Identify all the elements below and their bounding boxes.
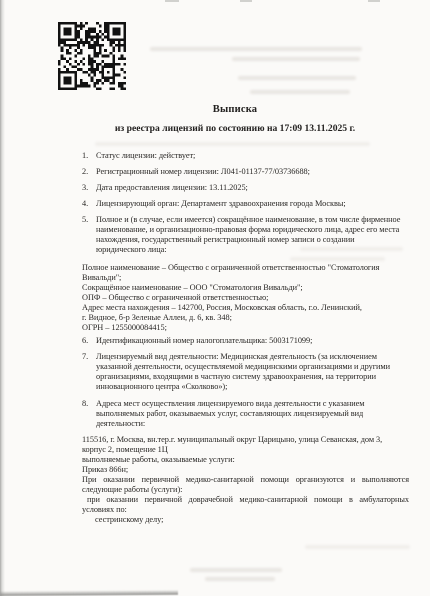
license-status-item: 1. Статус лицензии: действует; [82, 151, 409, 161]
bleedthrough-smudge [232, 57, 360, 61]
license-date-text: Дата предоставления лицензии: 13.11.2025… [96, 183, 409, 193]
org-short-name-line: Сокращённое наименование – ООО "Стоматол… [82, 283, 409, 293]
activity-type-line: инновационного центра «Сколково»); [96, 382, 409, 392]
activity-type-item: 7. Лицензируемый вид деятельности: Медиц… [82, 352, 409, 392]
org-names-heading-line: юридического лица: [96, 245, 409, 255]
org-names-heading-item: 5. Полное и (в случае, если имеется) сок… [82, 215, 409, 255]
license-reg-number-item: 2. Регистрационный номер лицензии: Л041-… [82, 167, 409, 177]
org-full-name-line: Вивальди"; [82, 273, 409, 283]
item-number: 1. [82, 151, 96, 161]
bleedthrough-smudge [238, 76, 356, 80]
bleedthrough-smudge [190, 568, 282, 572]
activity-type-line: организациями, входящими в частную систе… [96, 372, 409, 382]
scan-artifact [368, 0, 380, 2]
pre-medical-care-paragraph: при оказании первичной доврачебной медик… [82, 495, 409, 515]
item-number: 8. [82, 399, 96, 429]
title-block: Выписка из реестра лицензий по состоянию… [50, 105, 420, 134]
org-names-heading-line: нахождения, государственный регистрацион… [96, 235, 409, 245]
activity-addresses-line: деятельности: [96, 419, 409, 429]
activity-type-line: указанной деятельности, осуществляемой м… [96, 362, 409, 372]
activity-addresses-line: Адреса мест осуществления лицензируемого… [96, 399, 409, 409]
works-services-label: выполняемые работы, оказываемые услуги: [82, 455, 409, 465]
license-status-text: Статус лицензии: действует; [96, 151, 409, 161]
order-866n-line: Приказ 866н; [82, 465, 409, 475]
org-address-line: г. Видное, б-р Зеленые Аллеи, д. 6, кв. … [82, 313, 409, 323]
org-names-heading-line: наименование, и организационно-правовая … [96, 225, 409, 235]
bleedthrough-smudge [95, 142, 370, 146]
item-number: 7. [82, 352, 96, 392]
org-ogrn-line: ОГРН – 1255000084415; [82, 323, 409, 333]
license-reg-number-text: Регистрационный номер лицензии: Л041-011… [96, 167, 409, 177]
inn-text: Идентификационный номер налогоплательщик… [96, 336, 409, 346]
scan-bottom-edge [0, 590, 178, 596]
primary-care-paragraph: При оказании первичной медико-санитарной… [82, 475, 409, 495]
item-number: 3. [82, 183, 96, 193]
inn-item: 6. Идентификационный номер налогоплатель… [82, 336, 409, 346]
activity-type-line: Лицензируемый вид деятельности: Медицинс… [96, 352, 409, 362]
org-opf-line: ОПФ – Общество с ограниченной ответствен… [82, 293, 409, 303]
activity-address-block: 115516, г. Москва, вн.тер.г. муниципальн… [82, 435, 409, 455]
nursing-care-line: сестринскому делу; [82, 515, 409, 525]
item-number: 4. [82, 199, 96, 209]
document-body: 1. Статус лицензии: действует; 2. Регист… [82, 151, 409, 525]
item-number: 6. [82, 336, 96, 346]
activity-address-line: корпус 2, помещение 1Ц [82, 445, 409, 455]
org-names-heading-line: Полное и (в случае, если имеется) сокращ… [96, 215, 409, 225]
bleedthrough-smudge [150, 47, 362, 51]
licensing-authority-item: 4. Лицензирующий орган: Департамент здра… [82, 199, 409, 209]
document-subtitle: из реестра лицензий по состоянию на 17:0… [50, 124, 420, 134]
item-number: 5. [82, 215, 96, 255]
scan-artifact [240, 0, 252, 2]
licensing-authority-text: Лицензирующий орган: Департамент здравоо… [96, 199, 409, 209]
bleedthrough-smudge [250, 90, 350, 94]
activity-addresses-line: выполняемых работ, оказываемых услуг, со… [96, 409, 409, 419]
document-page: Выписка из реестра лицензий по состоянию… [0, 0, 430, 596]
bleedthrough-smudge [305, 545, 410, 549]
organization-details-block: Полное наименование – Общество с огранич… [82, 263, 409, 333]
document-title: Выписка [50, 105, 420, 115]
pre-medical-care-line: условиях по: [82, 505, 409, 515]
bleedthrough-smudge [205, 577, 275, 581]
pre-medical-care-line: при оказании первичной доврачебной медик… [82, 495, 409, 505]
license-date-item: 3. Дата предоставления лицензии: 13.11.2… [82, 183, 409, 193]
activity-address-line: 115516, г. Москва, вн.тер.г. муниципальн… [82, 435, 409, 445]
scan-left-edge [0, 0, 5, 596]
activity-addresses-item: 8. Адреса мест осуществления лицензируем… [82, 399, 409, 429]
scan-artifact [165, 0, 179, 2]
item-number: 2. [82, 167, 96, 177]
qr-code [58, 22, 126, 90]
org-address-line: Адрес места нахождения – 142700, Россия,… [82, 303, 409, 313]
org-full-name-line: Полное наименование – Общество с огранич… [82, 263, 409, 273]
primary-care-line: При оказании первичной медико-санитарной… [82, 475, 409, 485]
primary-care-line: следующие работы (услуги): [82, 485, 409, 495]
